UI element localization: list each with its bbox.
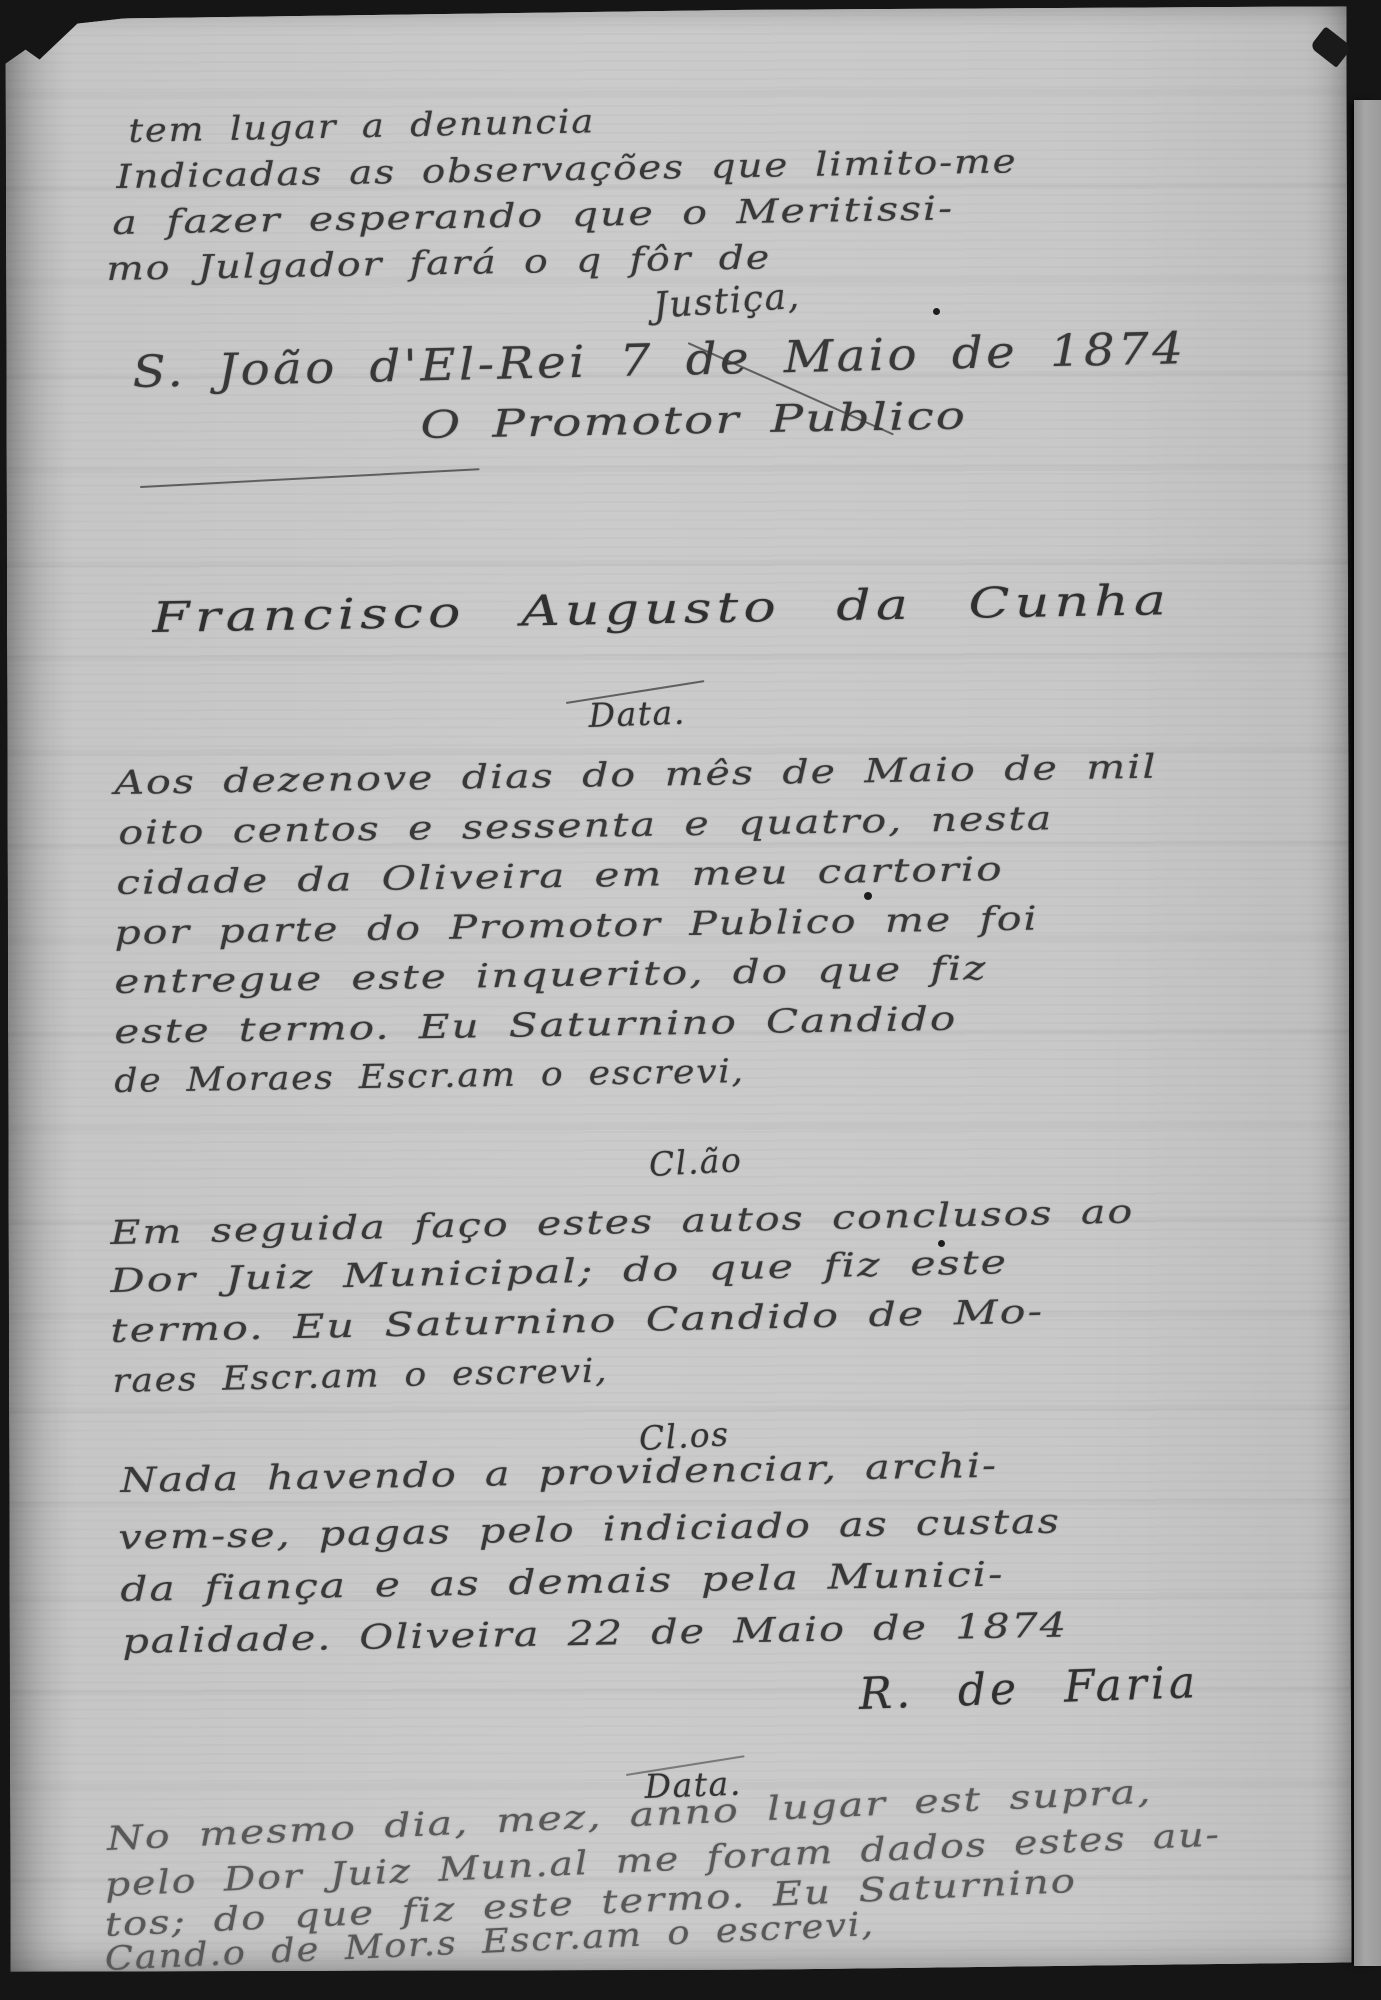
ink-dot bbox=[933, 308, 940, 315]
section-heading-conclusao: Cl.ão bbox=[648, 1141, 743, 1184]
ink-dot bbox=[864, 892, 872, 900]
adjacent-page-edge bbox=[1354, 100, 1381, 1966]
ink-dot bbox=[938, 1240, 945, 1247]
section-heading-data1: Data. bbox=[588, 694, 686, 735]
scanned-manuscript-page: tem lugar a denuncia Indicadas as observ… bbox=[0, 0, 1381, 2000]
